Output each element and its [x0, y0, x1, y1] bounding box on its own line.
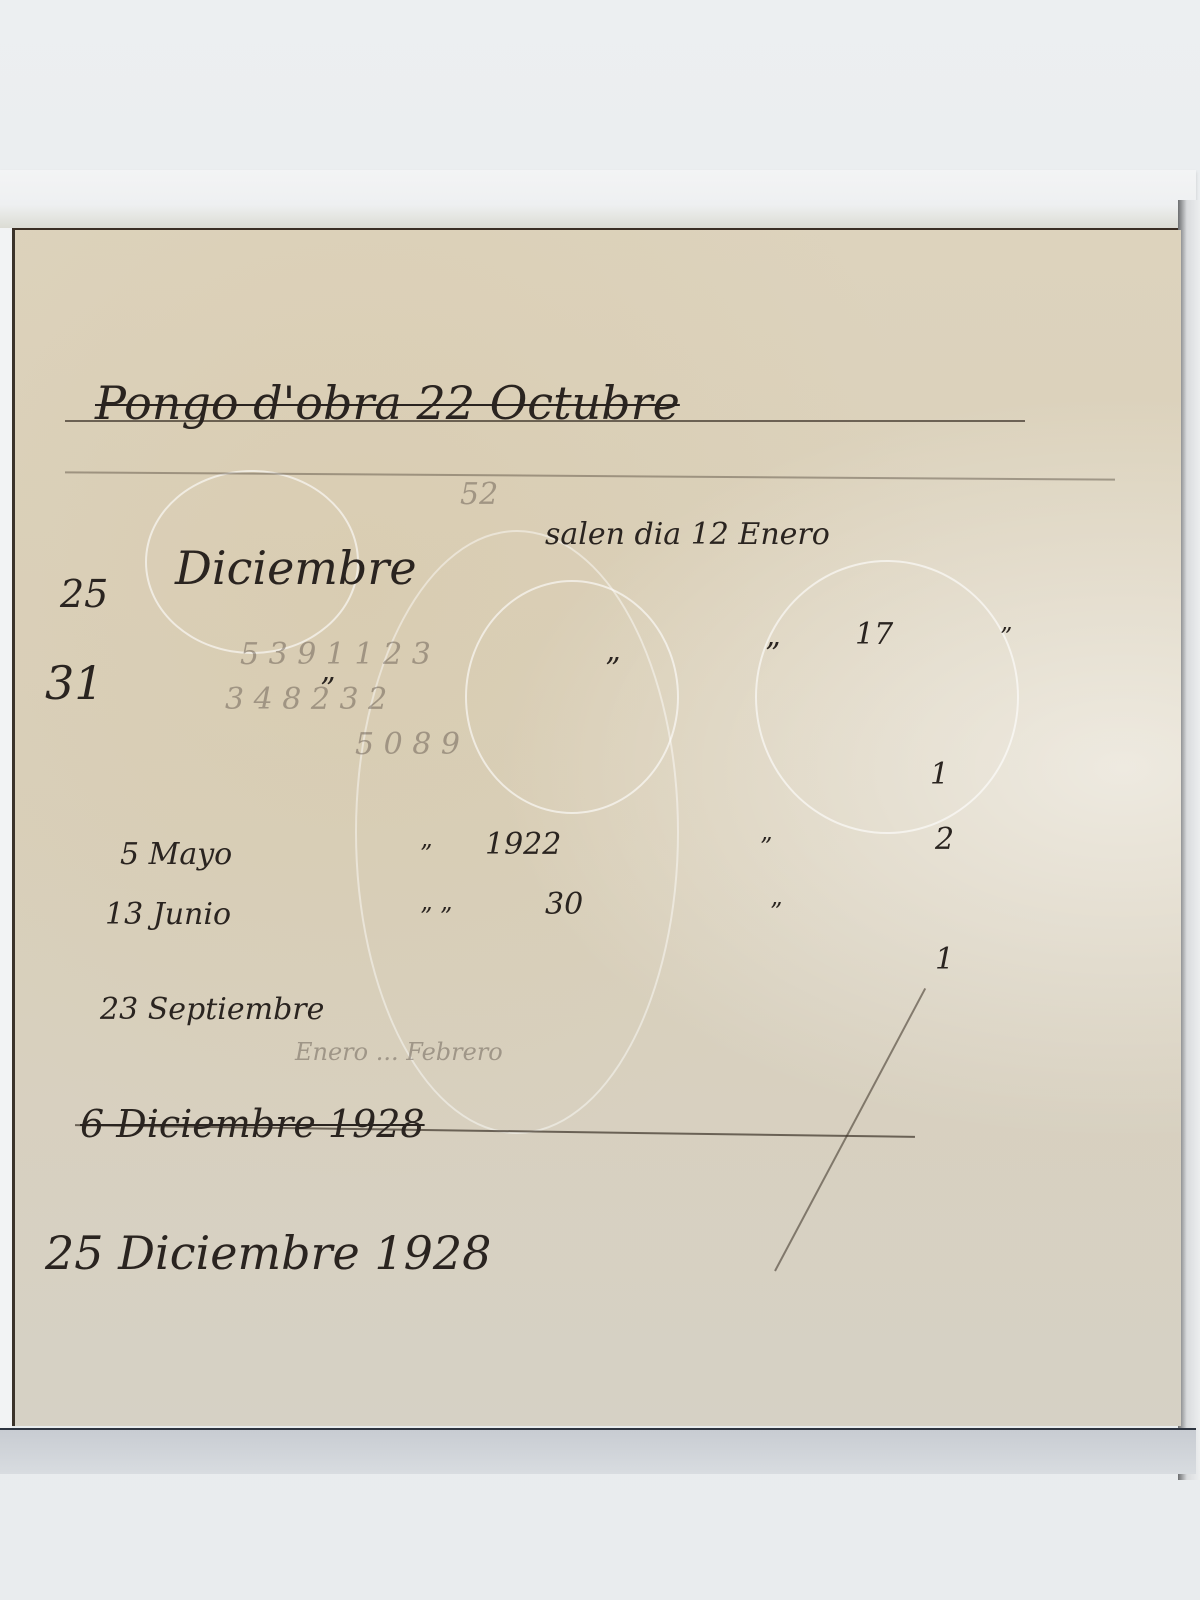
inscription-number: 1922 [485, 830, 561, 860]
inscription-day: 25 [60, 575, 108, 613]
ditto-mark: ” ” [420, 905, 452, 929]
ditto-mark: ” [1000, 625, 1012, 649]
inscription-septiembre: 23 Septiembre [100, 995, 324, 1025]
inscription-day: 31 [45, 660, 104, 706]
ditto-mark: ” [320, 675, 335, 705]
inscription-number: 1 [930, 760, 949, 790]
inscription-struck-diciembre: 6 Diciembre 1928 [80, 1105, 425, 1143]
inscription-final-date: 25 Diciembre 1928 [45, 1230, 491, 1276]
inscription-number: 2 [935, 825, 954, 855]
frame-bottom-rail [0, 1428, 1196, 1474]
ditto-mark: ” [605, 655, 620, 685]
scratch-circle [755, 560, 1019, 834]
inscription-number: 17 [855, 620, 893, 650]
ditto-mark: ” [420, 842, 432, 866]
ditto-mark: ” [770, 900, 782, 924]
inscription-mayo: 5 Mayo [120, 840, 232, 870]
faint-numbers: 5 3 9 1 1 2 3 [240, 640, 431, 670]
plaster-panel: Pongo d'obra 22 Octubre 52 25 Diciembre … [12, 230, 1181, 1426]
inscription-struck-header: Pongo d'obra 22 Octubre [95, 380, 680, 426]
ditto-mark: ” [765, 640, 780, 670]
frame-right-rail [1178, 200, 1200, 1480]
frame-left-rail [0, 228, 12, 1428]
faint-numbers: 3 4 8 2 3 2 [225, 685, 387, 715]
inscription-salen: salen dia 12 Enero [545, 520, 830, 550]
crack-line [774, 988, 926, 1271]
inscription-number: 1 [935, 945, 954, 975]
faint-numbers: 5 0 8 9 [355, 730, 460, 760]
frame-top-rail [0, 170, 1196, 230]
faint-inscription: Enero ... Febrero [295, 1040, 503, 1064]
inscription-month: Diciembre [175, 545, 417, 591]
faint-number: 52 [460, 480, 498, 510]
inscription-junio: 13 Junio [105, 900, 231, 930]
ditto-mark: ” [760, 835, 772, 859]
inscription-number: 30 [545, 890, 583, 920]
